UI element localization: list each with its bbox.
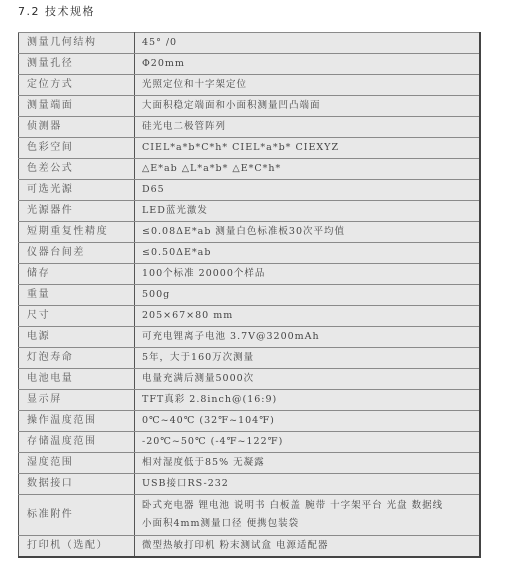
spec-value: -20℃~50℃ (-4℉~122℉) bbox=[135, 432, 481, 453]
spec-value: Φ20mm bbox=[135, 54, 481, 75]
table-row: 测量端面 大面积稳定端面和小面积测量凹凸端面 bbox=[19, 96, 481, 117]
spec-label: 仪器台间差 bbox=[19, 243, 135, 264]
table-row: 数据接口 USB接口RS-232 bbox=[19, 474, 481, 495]
table-row: 色差公式 △E*ab △L*a*b* △E*C*h* bbox=[19, 159, 481, 180]
table-row: 测量孔径 Φ20mm bbox=[19, 54, 481, 75]
table-row: 标准附件 卧式充电器 锂电池 说明书 白板盖 腕带 十字架平台 光盘 数据线 小… bbox=[19, 495, 481, 536]
spec-label: 可选光源 bbox=[19, 180, 135, 201]
spec-label: 色彩空间 bbox=[19, 138, 135, 159]
spec-label: 光源器件 bbox=[19, 201, 135, 222]
table-row: 尺寸 205×67×80 mm bbox=[19, 306, 481, 327]
spec-label: 标准附件 bbox=[19, 495, 135, 536]
spec-label: 灯泡寿命 bbox=[19, 348, 135, 369]
table-row: 侦测器 硅光电二极管阵列 bbox=[19, 117, 481, 138]
spec-label: 尺寸 bbox=[19, 306, 135, 327]
spec-value: 0℃~40℃ (32℉~104℉) bbox=[135, 411, 481, 432]
table-row: 操作温度范围 0℃~40℃ (32℉~104℉) bbox=[19, 411, 481, 432]
spec-value: 光照定位和十字架定位 bbox=[135, 75, 481, 96]
table-row: 仪器台间差 ≤0.50ΔE*ab bbox=[19, 243, 481, 264]
table-row: 电源 可充电锂离子电池 3.7V@3200mAh bbox=[19, 327, 481, 348]
spec-label: 测量孔径 bbox=[19, 54, 135, 75]
spec-label: 色差公式 bbox=[19, 159, 135, 180]
table-row: 光源器件 LED蓝光激发 bbox=[19, 201, 481, 222]
spec-value: △E*ab △L*a*b* △E*C*h* bbox=[135, 159, 481, 180]
spec-label: 打印机（选配） bbox=[19, 536, 135, 558]
spec-value: 205×67×80 mm bbox=[135, 306, 481, 327]
spec-value-line-2: 小面积4mm测量口径 便携包装袋 bbox=[142, 515, 479, 533]
spec-label: 侦测器 bbox=[19, 117, 135, 138]
table-row: 打印机（选配） 微型热敏打印机 粉末测试盒 电源适配器 bbox=[19, 536, 481, 558]
table-row: 存储温度范围 -20℃~50℃ (-4℉~122℉) bbox=[19, 432, 481, 453]
spec-value: 相对湿度低于85% 无凝露 bbox=[135, 453, 481, 474]
spec-value: LED蓝光激发 bbox=[135, 201, 481, 222]
spec-value: 微型热敏打印机 粉末测试盒 电源适配器 bbox=[135, 536, 481, 558]
spec-value: 45° /0 bbox=[135, 33, 481, 54]
spec-label: 定位方式 bbox=[19, 75, 135, 96]
section-title: 7.2 技术规格 bbox=[18, 3, 95, 19]
table-row: 短期重复性精度 ≤0.08ΔE*ab 测量白色标准板30次平均值 bbox=[19, 222, 481, 243]
spec-value: 卧式充电器 锂电池 说明书 白板盖 腕带 十字架平台 光盘 数据线 小面积4mm… bbox=[135, 495, 481, 536]
spec-label: 数据接口 bbox=[19, 474, 135, 495]
table-row: 可选光源 D65 bbox=[19, 180, 481, 201]
spec-label: 湿度范围 bbox=[19, 453, 135, 474]
spec-value: 5年，大于160万次测量 bbox=[135, 348, 481, 369]
spec-label: 短期重复性精度 bbox=[19, 222, 135, 243]
spec-value: ≤0.50ΔE*ab bbox=[135, 243, 481, 264]
spec-label: 电池电量 bbox=[19, 369, 135, 390]
spec-label: 测量几何结构 bbox=[19, 33, 135, 54]
spec-table: 测量几何结构 45° /0 测量孔径 Φ20mm 定位方式 光照定位和十字架定位… bbox=[18, 32, 481, 558]
spec-value: 可充电锂离子电池 3.7V@3200mAh bbox=[135, 327, 481, 348]
spec-label: 储存 bbox=[19, 264, 135, 285]
spec-label: 测量端面 bbox=[19, 96, 135, 117]
spec-value: TFT真彩 2.8inch@(16:9) bbox=[135, 390, 481, 411]
spec-value-line-1: 卧式充电器 锂电池 说明书 白板盖 腕带 十字架平台 光盘 数据线 bbox=[142, 497, 479, 515]
spec-value: 硅光电二极管阵列 bbox=[135, 117, 481, 138]
table-row: 定位方式 光照定位和十字架定位 bbox=[19, 75, 481, 96]
spec-value: USB接口RS-232 bbox=[135, 474, 481, 495]
spec-value: ≤0.08ΔE*ab 测量白色标准板30次平均值 bbox=[135, 222, 481, 243]
spec-value: 大面积稳定端面和小面积测量凹凸端面 bbox=[135, 96, 481, 117]
table-row: 灯泡寿命 5年，大于160万次测量 bbox=[19, 348, 481, 369]
table-row: 色彩空间 CIEL*a*b*C*h* CIEL*a*b* CIEXYZ bbox=[19, 138, 481, 159]
spec-label: 操作温度范围 bbox=[19, 411, 135, 432]
spec-label: 电源 bbox=[19, 327, 135, 348]
table-row: 测量几何结构 45° /0 bbox=[19, 33, 481, 54]
spec-value: D65 bbox=[135, 180, 481, 201]
table-row: 重量 500g bbox=[19, 285, 481, 306]
table-row: 储存 100个标准 20000个样品 bbox=[19, 264, 481, 285]
table-row: 电池电量 电量充满后测量5000次 bbox=[19, 369, 481, 390]
table-row: 湿度范围 相对湿度低于85% 无凝露 bbox=[19, 453, 481, 474]
spec-value: CIEL*a*b*C*h* CIEL*a*b* CIEXYZ bbox=[135, 138, 481, 159]
spec-value: 100个标准 20000个样品 bbox=[135, 264, 481, 285]
spec-label: 重量 bbox=[19, 285, 135, 306]
spec-value: 电量充满后测量5000次 bbox=[135, 369, 481, 390]
spec-value: 500g bbox=[135, 285, 481, 306]
spec-label: 显示屏 bbox=[19, 390, 135, 411]
spec-label: 存储温度范围 bbox=[19, 432, 135, 453]
table-row: 显示屏 TFT真彩 2.8inch@(16:9) bbox=[19, 390, 481, 411]
